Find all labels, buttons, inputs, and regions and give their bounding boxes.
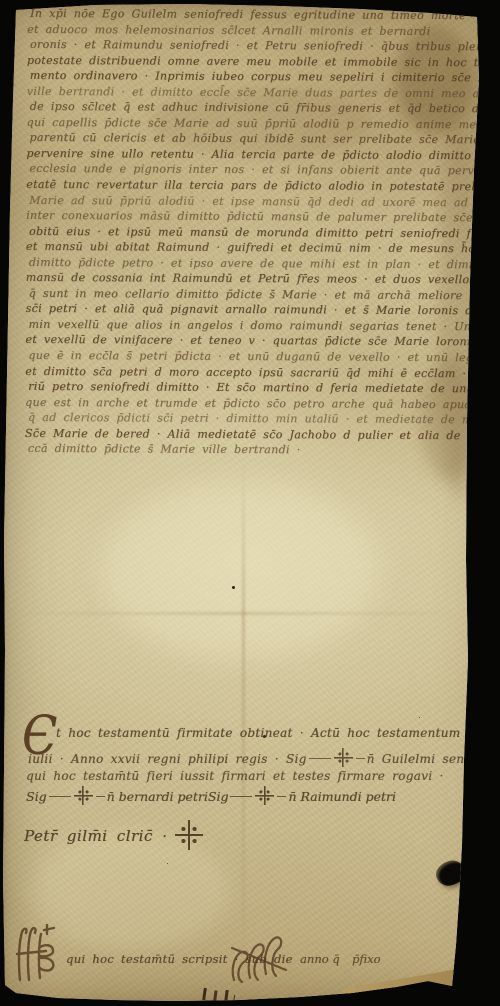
sig-stroke [309, 758, 331, 760]
clerk-name: Petr̄ gilm̄i clric̄ · [24, 827, 167, 845]
signum-cross-icon [334, 748, 353, 767]
closing-line-2: iulii · Anno xxvii regni philipi regis ·… [28, 748, 500, 767]
closing-line-3: qui hoc testam̄tū fieri iussit firmari e… [26, 769, 444, 783]
scribe-line-anno: anno q̄ [300, 952, 340, 966]
closing-line-1: t hoc testamentū firmitate obtineat · Ac… [56, 726, 500, 740]
clerk-subscription: Petr̄ gilm̄i clric̄ · [24, 820, 204, 850]
signum-cross-icon [255, 786, 274, 805]
sig-stroke [277, 796, 286, 798]
witness-signature-row: Sign̄ bernardi petri Sign̄ Raimundi petr… [26, 786, 466, 805]
sig-stroke [356, 758, 365, 760]
main-text-block: In xp̄i nōe Ego Guilelm seniofredi fessu… [25, 6, 473, 459]
bottom-edge-ink-marks [202, 988, 207, 1000]
horizontal-crease [10, 612, 460, 615]
sig-stroke [230, 796, 252, 798]
signatory-name: n̄ Raimundi petri [288, 789, 396, 804]
folded-corner [342, 968, 460, 998]
light-patch-center [100, 480, 380, 660]
sig-word: Sig [208, 789, 229, 804]
notary-monogram-icon [14, 924, 60, 984]
vertical-crease [242, 460, 245, 980]
closing-line-2-text: iulii · Anno xxvii regni philipi regis · [28, 752, 279, 766]
witness-signature: Sign̄ Raimundi petri [208, 786, 396, 805]
parchment-sheet: In xp̄i nōe Ego Guilelm seniofredi fessu… [0, 0, 500, 1006]
ink-specks [232, 586, 235, 589]
text-line: ccā dimitto p̄dicte s̄ Marie ville bertr… [28, 441, 471, 459]
signum-cross-icon [74, 786, 93, 805]
scribe-line-text: qui hoc testam̄tū scripsit · sub die [66, 952, 293, 966]
sig-stroke [49, 796, 71, 798]
tear-hole [434, 858, 469, 889]
clerk-cross-icon [175, 820, 203, 850]
sig-word: Sig [26, 789, 47, 804]
photograph: In xp̄i nōe Ego Guilelm seniofredi fessu… [0, 0, 500, 1006]
witness-signature: Sign̄ bernardi petri [26, 786, 208, 805]
scribe-line-prefixo: p̄fixo [352, 952, 380, 966]
signatory-name: n̄ bernardi petri [107, 789, 208, 804]
signatory-name: n̄ Guilelmi seniofredi [367, 752, 500, 766]
sig-stroke [96, 796, 105, 798]
sig-word: Sig [286, 752, 307, 766]
